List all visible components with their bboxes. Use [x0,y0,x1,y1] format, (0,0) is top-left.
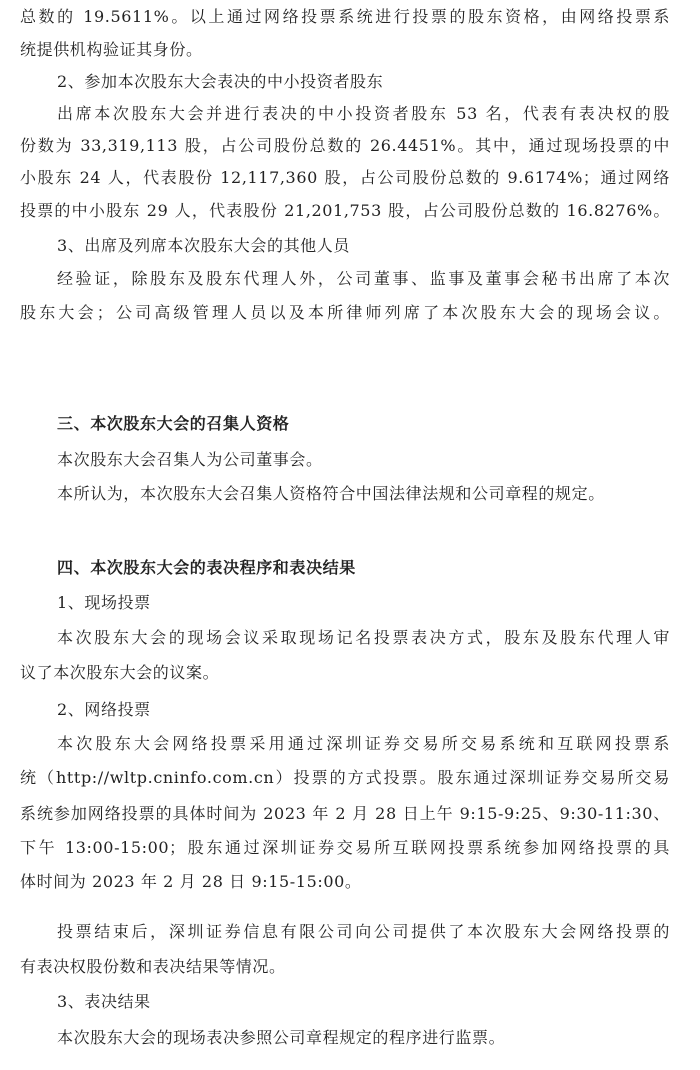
text-line: 本次股东大会的现场表决参照公司章程规定的程序进行监票。 [57,1027,670,1049]
text-line: 投票的中小股东 29 人，代表股份 21,201,753 股，占公司股份总数的 … [20,200,670,222]
text-line: 下午 13:00-15:00；股东通过深圳证券交易所互联网投票系统参加网络投票的… [20,837,670,859]
text-line: 本次股东大会的现场会议采取现场记名投票表决方式，股东及股东代理人审 [57,627,670,649]
text-line: 2、网络投票 [57,699,670,721]
text-line: 份数为 33,319,113 股，占公司股份总数的 26.4451%。其中，通过… [20,135,670,157]
text-line: 议了本次股东大会的议案。 [20,662,670,684]
text-line: 统（http://wltp.cninfo.com.cn）投票的方式投票。股东通过… [20,767,670,789]
section-heading: 三、本次股东大会的召集人资格 [57,413,670,435]
text-line: 1、现场投票 [57,592,670,614]
text-line: 股东大会；公司高级管理人员以及本所律师列席了本次股东大会的现场会议。 [20,302,670,324]
text-line: 出席本次股东大会并进行表决的中小投资者股东 53 名，代表有表决权的股 [57,103,670,125]
section-heading: 四、本次股东大会的表决程序和表决结果 [57,557,670,579]
text-line: 经验证，除股东及股东代理人外，公司董事、监事及董事会秘书出席了本次 [57,268,670,290]
text-line: 总数的 19.5611%。以上通过网络投票系统进行投票的股东资格，由网络投票系 [20,6,670,28]
text-line: 本次股东大会网络投票采用通过深圳证券交易所交易系统和互联网投票系 [57,733,670,755]
text-line: 统提供机构验证其身份。 [20,39,670,61]
text-line: 本所认为，本次股东大会召集人资格符合中国法律法规和公司章程的规定。 [57,483,670,505]
text-line: 有表决权股份数和表决结果等情况。 [20,956,670,978]
text-line: 小股东 24 人，代表股份 12,117,360 股，占公司股份总数的 9.61… [20,167,670,189]
text-line: 本次股东大会召集人为公司董事会。 [57,449,670,471]
text-line: 投票结束后，深圳证券信息有限公司向公司提供了本次股东大会网络投票的 [57,921,670,943]
text-line: 体时间为 2023 年 2 月 28 日 9:15-15:00。 [20,871,670,893]
text-line: 3、出席及列席本次股东大会的其他人员 [57,235,670,257]
text-line: 3、表决结果 [57,991,670,1013]
text-line: 系统参加网络投票的具体时间为 2023 年 2 月 28 日上午 9:15-9:… [20,803,670,825]
text-line: 2、参加本次股东大会表决的中小投资者股东 [57,71,670,93]
